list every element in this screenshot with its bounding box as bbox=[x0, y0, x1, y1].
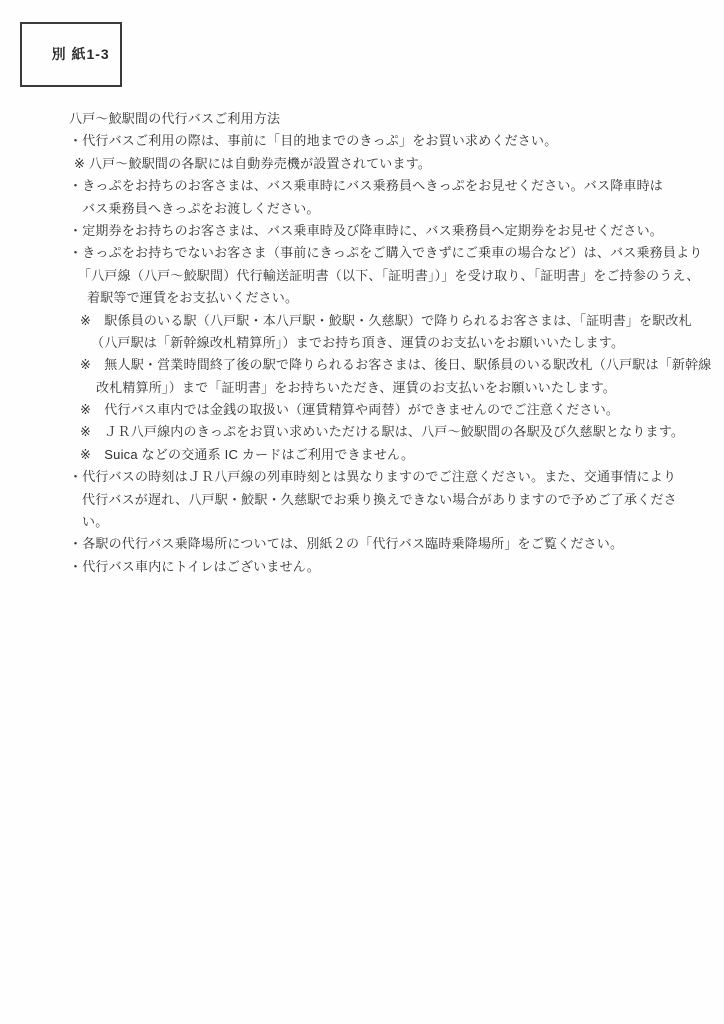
document-line: 着駅等で運賃をお支払いください。 bbox=[87, 287, 717, 309]
document-line: い。 bbox=[82, 511, 717, 533]
document-line: 改札精算所」）まで「証明書」をお持ちいただき、運賃のお支払いをお願いいたします。 bbox=[96, 377, 717, 399]
document-page: 別 紙1-3 八戸～鮫駅間の代行バスご利用方法 ・代行バスご利用の際は、事前に「… bbox=[0, 0, 724, 1024]
attachment-tag-box: 別 紙1-3 bbox=[20, 22, 122, 87]
document-line: ※ 八戸～鮫駅間の各駅には自動券売機が設置されています。 bbox=[74, 153, 717, 175]
document-line: ・各駅の代行バス乗降場所については、別紙２の「代行バス臨時乗降場所」をご覧くださ… bbox=[69, 533, 717, 555]
document-line: ・代行バスご利用の際は、事前に「目的地までのきっぷ」をお買い求めください。 bbox=[69, 130, 717, 152]
document-line: ※ ＪＲ八戸線内のきっぷをお買い求めいただける駅は、八戸～鮫駅間の各駅及び久慈駅… bbox=[80, 421, 717, 443]
document-line: ※ 駅係員のいる駅（八戸駅・本八戸駅・鮫駅・久慈駅）で降りられるお客さまは、「証… bbox=[80, 310, 717, 332]
document-line: 代行バスが遅れ、八戸駅・鮫駅・久慈駅でお乗り換えできない場合がありますので予めご… bbox=[82, 489, 717, 511]
document-line: ・きっぷをお持ちでないお客さま（事前にきっぷをご購入できずにご乗車の場合など）は… bbox=[69, 242, 717, 264]
document-line: 「八戸線（八戸～鮫駅間）代行輸送証明書（以下、「証明書」）」を受け取り、「証明書… bbox=[78, 265, 717, 287]
document-line: （八戸駅は「新幹線改札精算所」）までお持ち頂き、運賃のお支払いをお願いいたします… bbox=[91, 332, 717, 354]
attachment-tag-label: 別 紙1-3 bbox=[52, 46, 110, 62]
document-line: ※ 代行バス車内では金銭の取扱い（運賃精算や両替）ができませんのでご注意ください… bbox=[80, 399, 717, 421]
document-lines: ・代行バスご利用の際は、事前に「目的地までのきっぷ」をお買い求めください。※ 八… bbox=[69, 130, 717, 578]
document-line: ・代行バスの時刻はＪＲ八戸線の列車時刻とは異なりますのでご注意ください。また、交… bbox=[69, 466, 717, 488]
document-line: ・きっぷをお持ちのお客さまは、バス乗車時にバス乗務員へきっぷをお見せください。バ… bbox=[69, 175, 717, 197]
document-line: ※ 無人駅・営業時間終了後の駅で降りられるお客さまは、後日、駅係員のいる駅改札（… bbox=[80, 354, 717, 376]
document-line: ・代行バス車内にトイレはございません。 bbox=[69, 556, 717, 578]
document-title: 八戸～鮫駅間の代行バスご利用方法 bbox=[69, 108, 717, 130]
document-line: ※ Suica などの交通系 IC カードはご利用できません。 bbox=[80, 444, 717, 466]
document-line: バス乗務員へきっぷをお渡しください。 bbox=[82, 198, 717, 220]
document-content: 八戸～鮫駅間の代行バスご利用方法 ・代行バスご利用の際は、事前に「目的地までのき… bbox=[69, 108, 717, 578]
document-line: ・定期券をお持ちのお客さまは、バス乗車時及び降車時に、バス乗務員へ定期券をお見せ… bbox=[69, 220, 717, 242]
